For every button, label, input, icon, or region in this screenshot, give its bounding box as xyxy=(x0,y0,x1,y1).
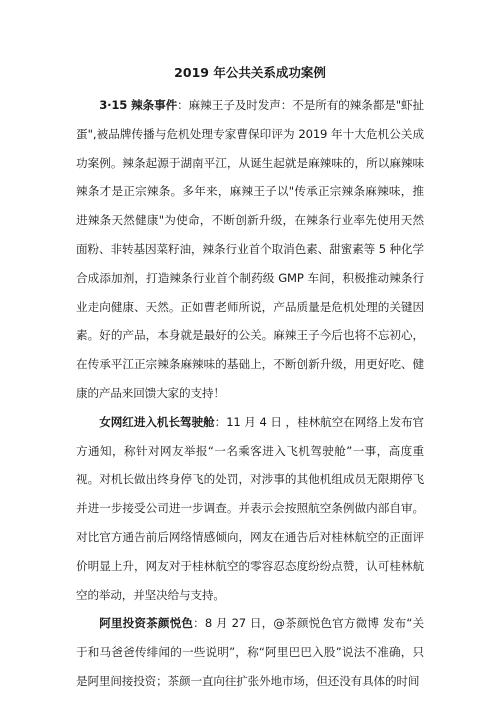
case-body-2: ：11 月 4 日 ，桂林航空在网络上发布官方通知，称针对网友举报“一名乘客进入… xyxy=(76,415,424,602)
case-body-1: ：麻辣王子及时发声：不是所有的辣条都是"虾扯蛋",被品牌传播与危机处理专家曹保印… xyxy=(76,98,424,400)
case-heading-2: 女网红进入机长驾驶舱 xyxy=(99,415,214,429)
case-paragraph-3: 阿里投资茶颜悦色：8 月 27 日，@茶颜悦色官方微博 发布“关于和马爸爸传绯闻… xyxy=(76,609,424,695)
case-paragraph-2: 女网红进入机长驾驶舱：11 月 4 日 ，桂林航空在网络上发布官方通知，称针对网… xyxy=(76,408,424,610)
document-page: 2019 年公共关系成功案例 3·15 辣条事件：麻辣王子及时发声：不是所有的辣… xyxy=(76,62,424,696)
case-paragraph-1: 3·15 辣条事件：麻辣王子及时发声：不是所有的辣条都是"虾扯蛋",被品牌传播与… xyxy=(76,91,424,408)
case-heading-3: 阿里投资茶颜悦色 xyxy=(99,616,193,630)
document-title: 2019 年公共关系成功案例 xyxy=(76,62,424,84)
case-heading-1: 3·15 辣条事件 xyxy=(99,98,177,112)
